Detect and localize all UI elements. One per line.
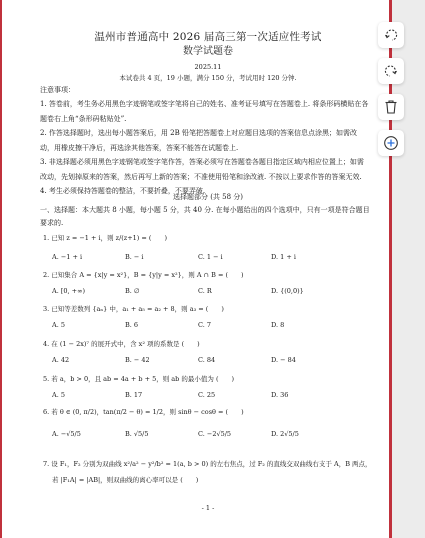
question-4: 4. 在 (1 − 2x)⁷ 的展开式中，含 x² 项的系数是 ( ) [43,338,200,351]
question-stem: 5. 若 a，b > 0，且 ab = 4a + b + 5，则 ab 的最小值… [43,375,234,383]
question-7-continued: 若 |F₁A| = |AB|，则双曲线的离心率可以是 ( ) [52,474,198,487]
question-5: 5. 若 a，b > 0，且 ab = 4a + b + 5，则 ab 的最小值… [43,373,234,386]
question-stem: 3. 已知等差数列 {aₙ} 中，a₁ + a₅ = a₂ + 8，则 a₃ =… [43,305,224,313]
question-1: 1. 已知 z = −1 + i，则 z/(z+1) = ( ) [43,232,167,245]
exam-title: 温州市普通高中 2026 届高三第一次适应性考试 [38,30,378,44]
plus-circle-icon [383,135,399,151]
notice-list: 1. 答卷前，考生务必用黑色字迹钢笔或签字笔将自己的姓名、准考证号填写在答题卷上… [40,97,370,199]
option-a: A. −1 + i [52,251,82,264]
option-a: A. 5 [52,319,65,332]
question-2: 2. 已知集合 A = {x|y = x²}，B = {y|y = x²}，则 … [43,269,244,282]
option-a: A. 5 [52,389,65,402]
undo-button[interactable] [378,22,404,48]
rotate-right-icon [383,63,399,79]
option-b: B. ∅ [125,285,140,298]
option-c: C. 25 [198,389,215,402]
option-d: D. 8 [271,319,284,332]
option-a: A. −√5/5 [52,428,81,441]
option-d: D. − 84 [271,354,296,367]
option-b: B. √5/5 [125,428,149,441]
question-7: 7. 设 F₁，F₂ 分别为双曲线 x²/a² − y²/b² = 1(a, b… [43,458,372,471]
option-d: D. 36 [271,389,288,402]
option-d: D. 1 + i [271,251,296,264]
question-stem: 2. 已知集合 A = {x|y = x²}，B = {y|y = x²}，则 … [43,271,244,279]
question-3: 3. 已知等差数列 {aₙ} 中，a₁ + a₅ = a₂ + 8，则 a₃ =… [43,303,224,316]
option-c: C. 84 [198,354,215,367]
section-description: 一、选择题：本大题共 8 小题，每小题 5 分，共 40 分. 在每小题给出的四… [40,204,370,230]
question-stem: 6. 若 θ ∈ (0, π/2)，tan(π/2 − θ) = 1/2，则 s… [43,408,244,416]
option-d: D. 2√5/5 [271,428,299,441]
option-b: B. 6 [125,319,138,332]
question-stem-continued: 若 |F₁A| = |AB|，则双曲线的离心率可以是 ( ) [52,474,198,487]
option-a: A. [0, +∞) [52,285,85,298]
question-6: 6. 若 θ ∈ (0, π/2)，tan(π/2 − θ) = 1/2，则 s… [43,406,244,419]
add-button[interactable] [378,130,404,156]
section-title: 选择题部分 (共 58 分) [38,191,378,204]
option-c: C. 7 [198,319,211,332]
notice-item: 2. 作答选择题时，选出每小题答案后，用 2B 铅笔把答题卷上对应题目选项的答案… [40,126,370,155]
option-b: B. − i [125,251,144,264]
question-stem: 1. 已知 z = −1 + i，则 z/(z+1) = ( ) [43,234,167,242]
page-number: - 1 - [38,502,378,515]
option-c: C. R [198,285,212,298]
option-d: D. {(0,0)} [271,285,304,298]
question-stem: 4. 在 (1 − 2x)⁷ 的展开式中，含 x² 项的系数是 ( ) [43,340,200,348]
redo-button[interactable] [378,58,404,84]
option-c: C. −2√5/5 [198,428,231,441]
notice-item: 1. 答卷前，考生务必用黑色字迹钢笔或签字笔将自己的姓名、准考证号填写在答题卷上… [40,97,370,126]
option-b: B. − 42 [125,354,150,367]
notice-item: 3. 非选择题必须用黑色字迹钢笔或签字笔作答，答案必须写在答题卷各题目指定区域内… [40,155,370,184]
rotate-left-icon [383,27,399,43]
exam-subtitle: 数学试题卷 [38,45,378,59]
delete-button[interactable] [378,94,404,120]
question-stem: 7. 设 F₁，F₂ 分别为双曲线 x²/a² − y²/b² = 1(a, b… [43,458,372,471]
notice-title: 注意事项： [40,84,75,97]
exam-info: 本试卷共 4 页，19 小题，满分 150 分，考试用时 120 分钟. [38,72,378,85]
option-b: B. 17 [125,389,142,402]
option-a: A. 42 [52,354,69,367]
document-page: 温州市普通高中 2026 届高三第一次适应性考试 数学试题卷 2025.11 本… [2,0,389,538]
trash-icon [383,99,399,115]
option-c: C. 1 − i [198,251,223,264]
